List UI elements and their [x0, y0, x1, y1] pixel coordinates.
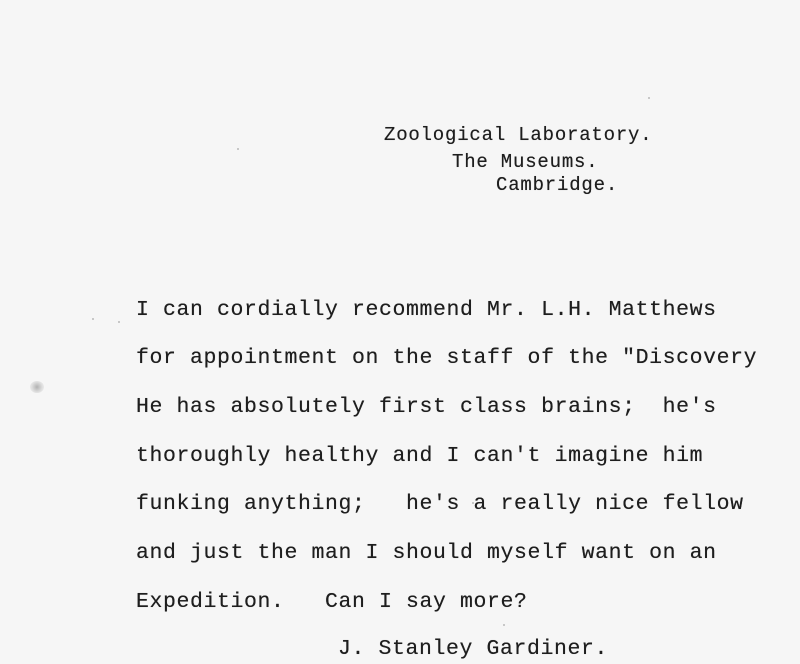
paper-speck — [237, 148, 239, 150]
body-line: I can cordially recommend Mr. L.H. Matth… — [136, 298, 717, 322]
letter-page: Zoological Laboratory. The Museums. Camb… — [0, 0, 800, 664]
body-line: funking anything; he's a really nice fel… — [136, 492, 744, 516]
letterhead-line-3: Cambridge. — [496, 174, 618, 196]
paper-speck — [503, 624, 505, 626]
paper-speck — [472, 502, 474, 504]
letterhead-line-2: The Museums. — [452, 151, 598, 173]
paper-speck — [118, 321, 120, 323]
letterhead-line-1: Zoological Laboratory. — [384, 124, 652, 146]
body-line: and just the man I should myself want on… — [136, 541, 717, 565]
body-line: Expedition. Can I say more? — [136, 590, 528, 614]
signature: J. Stanley Gardiner. — [338, 637, 608, 661]
body-line: He has absolutely first class brains; he… — [136, 395, 717, 419]
paper-speck — [92, 318, 94, 320]
body-line: for appointment on the staff of the "Dis… — [136, 346, 757, 370]
paper-smudge — [30, 381, 44, 393]
body-line: thoroughly healthy and I can't imagine h… — [136, 444, 703, 468]
paper-speck — [648, 97, 650, 99]
